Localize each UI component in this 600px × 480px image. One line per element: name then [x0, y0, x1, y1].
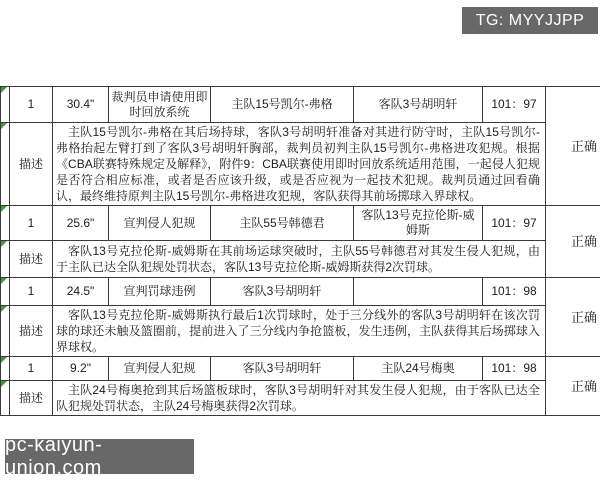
score-cell: 101：98: [483, 278, 546, 306]
desc-label-cell: 描述: [10, 306, 53, 357]
period-cell: 1: [10, 87, 53, 123]
description-row: 描述 主队15号凯尔-弗格在其后场持球，客队3号胡明轩准备对其进行防守时，主队1…: [1, 123, 600, 206]
edge-cell: [1, 87, 10, 123]
event-row: 1 24.5" 宣判罚球违例 客队3号胡明轩 101：98 正确: [1, 278, 600, 306]
event-row: 1 30.4" 裁判员申请使用即时回放系统 主队15号凯尔-弗格 客队3号胡明轩…: [1, 87, 600, 123]
score-cell: 101：98: [483, 357, 546, 381]
period-cell: 1: [10, 206, 53, 241]
excel-error-triangle-icon: [1, 278, 7, 284]
excel-error-triangle-icon: [1, 206, 7, 212]
excel-error-triangle-icon: [1, 241, 7, 247]
desc-label-cell: 描述: [10, 241, 53, 278]
telegram-watermark-badge: TG: MYYJJPP: [462, 7, 598, 34]
player-b-cell: 客队3号胡明轩: [354, 87, 483, 123]
edge-cell: [1, 206, 10, 241]
edge-cell: [1, 123, 10, 206]
score-cell: 101：97: [483, 206, 546, 241]
edge-cell: [1, 357, 10, 381]
time-cell: 24.5": [53, 278, 109, 306]
excel-error-triangle-icon: [1, 306, 7, 312]
site-watermark-badge: pc-kaiyun-union.com: [5, 439, 194, 474]
edge-cell: [1, 241, 10, 278]
result-cell: 正确: [546, 87, 600, 206]
event-type-cell: 宣判侵人犯规: [109, 206, 211, 241]
time-cell: 25.6": [53, 206, 109, 241]
event-row: 1 9.2" 宣判侵人犯规 客队3号胡明轩 主队24号梅奥 101：98 正确: [1, 357, 600, 381]
edge-cell: [1, 278, 10, 306]
event-type-cell: 宣判侵人犯规: [109, 357, 211, 381]
event-type-cell: 裁判员申请使用即时回放系统: [109, 87, 211, 123]
player-a-cell: 客队3号胡明轩: [211, 278, 354, 306]
description-cell: 客队13号克拉伦斯-威姆斯执行最后1次罚球时，处于三分线外的客队3号胡明轩在该次…: [53, 306, 546, 357]
page: { "watermarks": { "top_right": "TG: MYYJ…: [0, 0, 600, 480]
player-b-cell: 主队24号梅奥: [354, 357, 483, 381]
player-a-cell: 主队15号凯尔-弗格: [211, 87, 354, 123]
score-cell: 101：97: [483, 87, 546, 123]
result-cell: 正确: [546, 278, 600, 357]
player-a-cell: 客队3号胡明轩: [211, 357, 354, 381]
excel-error-triangle-icon: [1, 123, 7, 129]
player-a-cell: 主队55号韩德君: [211, 206, 354, 241]
event-type-cell: 宣判罚球违例: [109, 278, 211, 306]
event-row: 1 25.6" 宣判侵人犯规 主队55号韩德君 客队13号克拉伦斯-威姆斯 10…: [1, 206, 600, 241]
description-row: 描述 主队24号梅奥抢到其后场篮板球时，客队3号胡明轩对其发生侵人犯规，由于客队…: [1, 381, 600, 416]
time-cell: 30.4": [53, 87, 109, 123]
period-cell: 1: [10, 357, 53, 381]
edge-cell: [1, 381, 10, 416]
result-cell: 正确: [546, 206, 600, 278]
result-cell: 正确: [546, 357, 600, 416]
time-cell: 9.2": [53, 357, 109, 381]
description-cell: 主队15号凯尔-弗格在其后场持球，客队3号胡明轩准备对其进行防守时，主队15号凯…: [53, 123, 546, 206]
excel-error-triangle-icon: [1, 381, 7, 387]
player-b-cell: 客队13号克拉伦斯-威姆斯: [354, 206, 483, 241]
description-cell: 客队13号克拉伦斯-威姆斯在其前场运球突破时，主队55号韩德君对其发生侵人犯规，…: [53, 241, 546, 278]
period-cell: 1: [10, 278, 53, 306]
desc-label-cell: 描述: [10, 381, 53, 416]
desc-label-cell: 描述: [10, 123, 53, 206]
referee-report-table: 1 30.4" 裁判员申请使用即时回放系统 主队15号凯尔-弗格 客队3号胡明轩…: [0, 86, 600, 416]
description-row: 描述 客队13号克拉伦斯-威姆斯执行最后1次罚球时，处于三分线外的客队3号胡明轩…: [1, 306, 600, 357]
edge-cell: [1, 306, 10, 357]
player-b-cell: [354, 278, 483, 306]
excel-error-triangle-icon: [1, 87, 7, 93]
description-cell: 主队24号梅奥抢到其后场篮板球时，客队3号胡明轩对其发生侵人犯规，由于客队已达全…: [53, 381, 546, 416]
excel-error-triangle-icon: [1, 357, 7, 363]
description-row: 描述 客队13号克拉伦斯-威姆斯在其前场运球突破时，主队55号韩德君对其发生侵人…: [1, 241, 600, 278]
